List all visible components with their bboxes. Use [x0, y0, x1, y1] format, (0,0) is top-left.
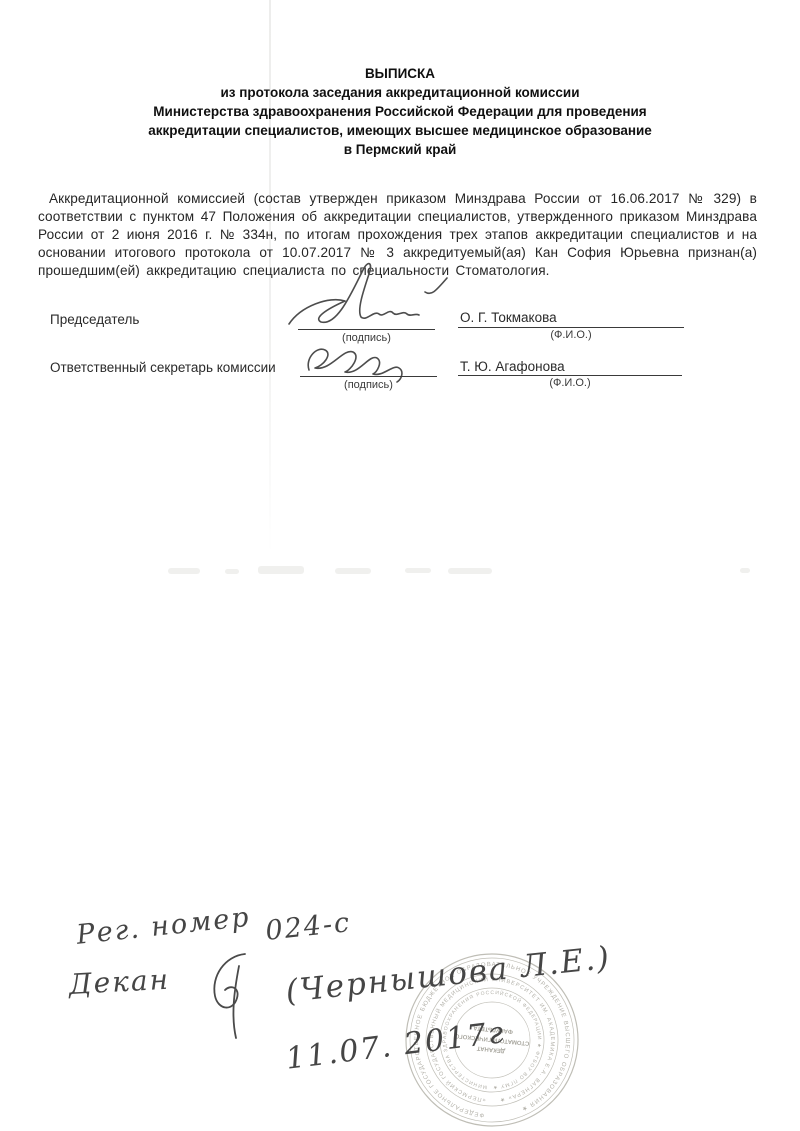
title-line-3: Министерства здравоохранения Российской …: [0, 102, 800, 121]
dean-signature-ink: [203, 948, 265, 1044]
scanned-document-page: ВЫПИСКА из протокола заседания аккредита…: [0, 0, 800, 1131]
signature-caption-2: (подпись): [300, 379, 437, 391]
handwritten-dean-label: Декан: [68, 963, 171, 1001]
name-rule-2: [458, 354, 682, 376]
signature-rule-2: [300, 355, 437, 377]
scan-smudge: [225, 569, 239, 574]
scan-smudge: [405, 568, 431, 573]
document-title-block: ВЫПИСКА из протокола заседания аккредита…: [0, 64, 800, 159]
scan-smudge: [740, 568, 750, 573]
scan-smudge: [448, 568, 492, 574]
handwritten-reg-number: 024-с: [264, 907, 353, 947]
scan-smudge: [168, 568, 200, 574]
title-line-5: в Пермский край: [0, 140, 800, 159]
chairman-label: Председатель: [50, 312, 139, 327]
name-caption-2: (Ф.И.О.): [458, 377, 682, 389]
secretary-label: Ответственный секретарь комиссии: [50, 360, 276, 375]
handwritten-reg-label: Рег. номер: [75, 902, 252, 951]
scan-smudge: [335, 568, 371, 574]
name-rule-1: [458, 306, 684, 328]
title-line-2: из протокола заседания аккредитационной …: [0, 83, 800, 102]
signature-rule-1: [298, 308, 435, 330]
title-line-4: аккредитации специалистов, имеющих высше…: [0, 121, 800, 140]
scan-smudge: [258, 566, 304, 574]
name-caption-1: (Ф.И.О.): [458, 329, 684, 341]
title-line-1: ВЫПИСКА: [0, 64, 800, 83]
